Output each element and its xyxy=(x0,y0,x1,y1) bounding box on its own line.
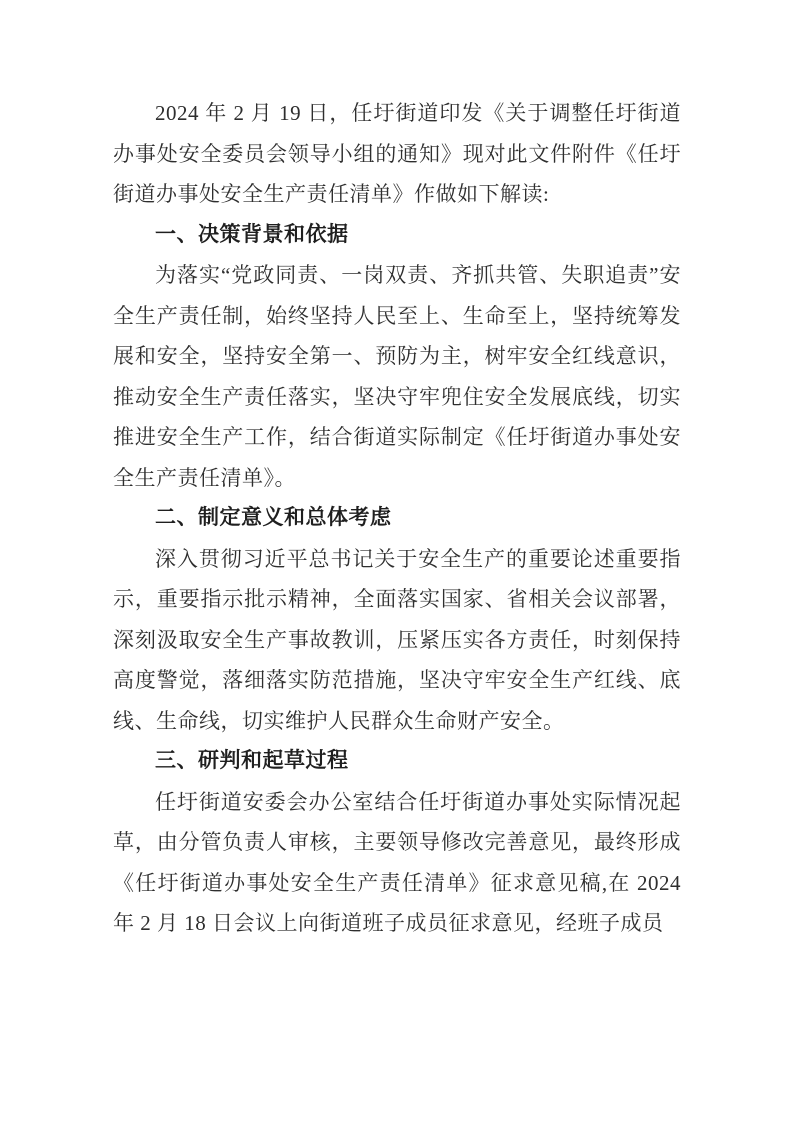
section-1-paragraph: 为落实“党政同责、一岗双责、齐抓共管、失职追责”安全生产责任制，始终坚持人民至上… xyxy=(113,255,681,498)
section-heading-2: 二、制定意义和总体考虑 xyxy=(113,498,681,539)
section-heading-3: 三、研判和起草过程 xyxy=(113,741,681,782)
document-page: 2024 年 2 月 19 日，任圩街道印发《关于调整任圩街道办事处安全委员会领… xyxy=(0,0,793,1122)
section-2-paragraph: 深入贯彻习近平总书记关于安全生产的重要论述重要指示，重要指示批示精神，全面落实国… xyxy=(113,539,681,742)
document-body: 2024 年 2 月 19 日，任圩街道印发《关于调整任圩街道办事处安全委员会领… xyxy=(113,93,681,944)
intro-paragraph: 2024 年 2 月 19 日，任圩街道印发《关于调整任圩街道办事处安全委员会领… xyxy=(113,93,681,215)
section-3-paragraph: 任圩街道安委会办公室结合任圩街道办事处实际情况起草，由分管负责人审核，主要领导修… xyxy=(113,782,681,944)
section-heading-1: 一、决策背景和依据 xyxy=(113,215,681,256)
